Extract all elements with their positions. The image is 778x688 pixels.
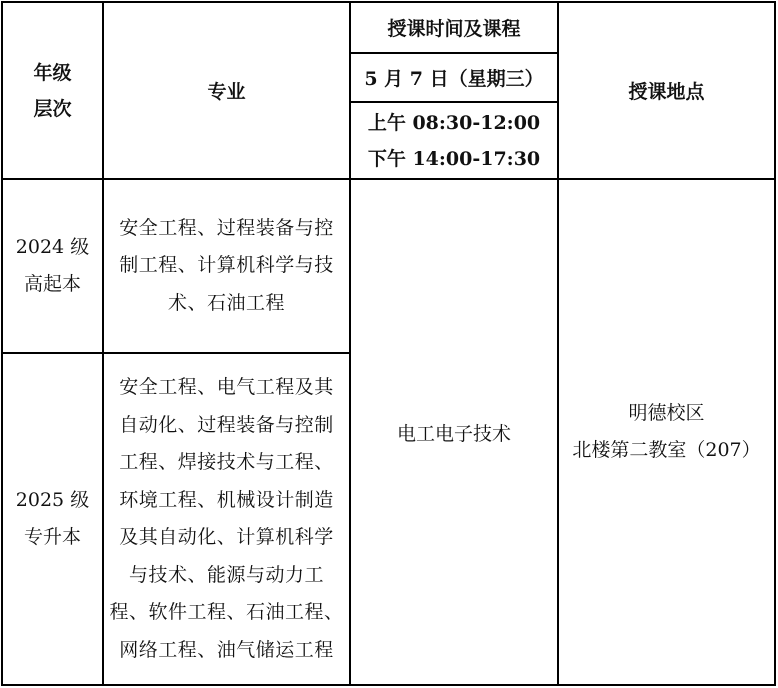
row2-grade-line1: 2025 级 [16, 482, 89, 519]
header-location: 授课地点 [559, 3, 774, 178]
row2-major-line: 环境工程、机械设计制造 [119, 482, 334, 520]
row1-major-line: 安全工程、过程装备与控 [119, 210, 334, 248]
row2-major-line: 及其自动化、计算机科学 [119, 519, 334, 557]
row2-grade-level: 2025 级 专升本 [3, 354, 102, 684]
header-grade-level-line1: 年级 [33, 55, 71, 91]
row1-majors: 安全工程、过程装备与控 制工程、计算机科学与技 术、石油工程 [104, 180, 349, 352]
schedule-table: 年级 层次 专业 授课时间及课程 5 月 7 日（星期三） 上午 08:30-1… [1, 1, 776, 686]
schedule-title-label: 授课时间及课程 [387, 14, 520, 41]
row1-grade-level: 2024 级 高起本 [3, 180, 102, 352]
location-campus: 明德校区 [628, 395, 704, 432]
header-time: 上午 08:30-12:00 下午 14:00-17:30 [351, 103, 557, 178]
row2-major-line: 网络工程、油气储运工程 [119, 632, 334, 670]
row2-major-line: 与技术、能源与动力工 [129, 557, 324, 595]
row2-grade-line2: 专升本 [24, 519, 81, 556]
header-grade-level: 年级 层次 [3, 3, 102, 178]
date-label: 5 月 7 日（星期三） [364, 64, 543, 91]
row1-major-line: 制工程、计算机科学与技 [119, 247, 334, 285]
time-morning: 上午 08:30-12:00 [368, 105, 540, 141]
row1-major-line: 术、石油工程 [168, 285, 285, 323]
time-afternoon: 下午 14:00-17:30 [368, 141, 540, 177]
location-cell: 明德校区 北楼第二教室（207） [559, 180, 774, 684]
course-cell: 电工电子技术 [351, 180, 557, 684]
row1-grade-line1: 2024 级 [16, 229, 89, 266]
course-name: 电工电子技术 [397, 419, 511, 446]
row2-major-line: 安全工程、电气工程及其 [119, 369, 334, 407]
header-grade-level-line2: 层次 [33, 91, 71, 127]
header-major-label: 专业 [207, 77, 245, 104]
row2-major-line: 工程、焊接技术与工程、 [119, 444, 334, 482]
row2-major-line: 自动化、过程装备与控制 [119, 407, 334, 445]
row2-majors: 安全工程、电气工程及其 自动化、过程装备与控制 工程、焊接技术与工程、 环境工程… [104, 354, 349, 684]
header-major: 专业 [104, 3, 349, 178]
location-room: 北楼第二教室（207） [572, 432, 760, 469]
header-schedule-title: 授课时间及课程 [351, 3, 557, 52]
header-location-label: 授课地点 [628, 77, 704, 104]
row2-major-line: 程、软件工程、石油工程、 [109, 594, 343, 632]
row1-grade-line2: 高起本 [24, 266, 81, 303]
header-date: 5 月 7 日（星期三） [351, 54, 557, 101]
